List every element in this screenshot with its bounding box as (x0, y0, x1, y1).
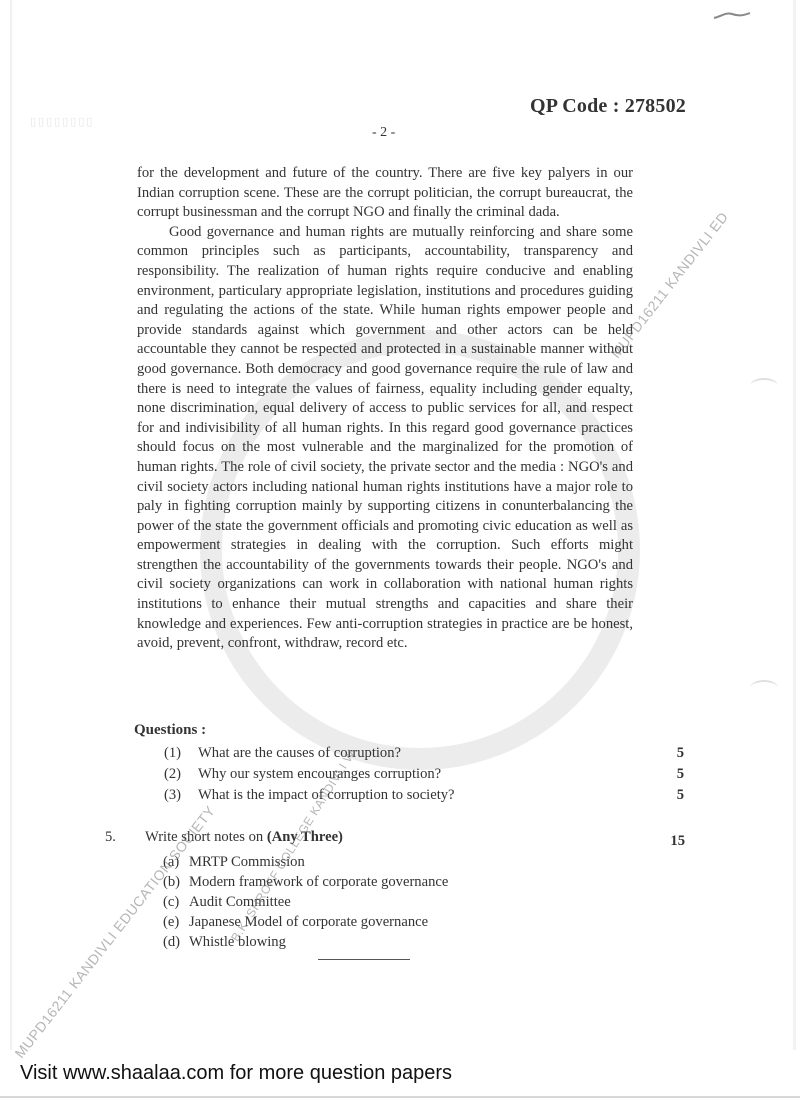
margin-mark (750, 378, 778, 394)
footer-link[interactable]: Visit www.shaalaa.com for more question … (20, 1062, 452, 1085)
question-text: Why our system encouranges corruption? (198, 764, 664, 785)
item-text: Modern framework of corporate governance (189, 872, 448, 892)
question-number: 5. (105, 826, 145, 852)
passage: for the development and future of the co… (137, 164, 633, 654)
question-marks: 5 (664, 764, 684, 785)
margin-mark (750, 680, 778, 696)
item-label: (c) (163, 892, 189, 912)
bleed-through-text: ▯▯▯▯▯▯▯▯ (30, 115, 94, 128)
question-number: (2) (164, 764, 198, 785)
question-list: (1) What are the causes of corruption? 5… (164, 743, 684, 806)
item-text: Audit Committee (189, 892, 291, 912)
page-edge (10, 0, 12, 1050)
short-note-item: (a) MRTP Commission (163, 852, 685, 872)
question-item: (1) What are the causes of corruption? 5 (164, 743, 684, 764)
page-number: - 2 - (372, 125, 395, 141)
qp-code: QP Code : 278502 (530, 95, 686, 118)
question-number: (3) (164, 785, 198, 806)
footer-text[interactable]: Visit www.shaalaa.com for more question … (20, 1062, 452, 1084)
question-marks: 5 (664, 785, 684, 806)
question-marks: 15 (655, 830, 685, 852)
pen-mark (712, 10, 752, 20)
passage-paragraph: for the development and future of the co… (137, 164, 633, 223)
question-marks: 5 (664, 743, 684, 764)
item-text: Japanese Model of corporate governance (189, 912, 428, 932)
end-divider (318, 959, 410, 960)
question-text: What is the impact of corruption to soci… (198, 785, 664, 806)
short-note-item: (c) Audit Committee (163, 892, 685, 912)
passage-paragraph: Good governance and human rights are mut… (137, 223, 633, 654)
item-label: (d) (163, 932, 189, 952)
question-number: (1) (164, 743, 198, 764)
question-item: (2) Why our system encouranges corruptio… (164, 764, 684, 785)
footer-divider (0, 1096, 800, 1098)
short-note-item: (b) Modern framework of corporate govern… (163, 872, 685, 892)
question-text: What are the causes of corruption? (198, 743, 664, 764)
item-label: (e) (163, 912, 189, 932)
question-text: Write short notes on (Any Three) (145, 826, 655, 852)
questions-heading: Questions : (134, 722, 206, 739)
question-text-plain: Write short notes on (145, 829, 267, 845)
page-edge (793, 0, 796, 1050)
question-item: (3) What is the impact of corruption to … (164, 785, 684, 806)
